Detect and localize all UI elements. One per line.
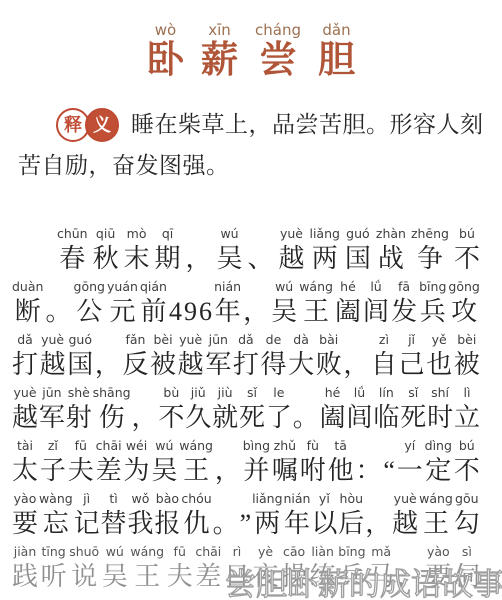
hanzi-char: 阖 bbox=[335, 295, 361, 328]
hanzi-char: ， bbox=[365, 507, 391, 540]
hanzi-char: ， bbox=[131, 401, 157, 434]
char-token: qī期 bbox=[155, 225, 181, 278]
pinyin-label: lǘ bbox=[354, 384, 365, 401]
hanzi-char: 胆 bbox=[318, 40, 355, 82]
pinyin-label: bù bbox=[163, 384, 179, 401]
hanzi-char: 打 bbox=[233, 348, 259, 381]
char-token: fū夫 bbox=[167, 543, 193, 596]
pinyin-label: yào bbox=[14, 490, 37, 507]
char-token: chóu仇 bbox=[181, 490, 211, 543]
pinyin-label: jǐ bbox=[408, 331, 415, 348]
hanzi-char: 不 bbox=[454, 242, 480, 275]
pinyin-label: wò bbox=[155, 20, 176, 40]
pinyin-label: jì bbox=[83, 490, 90, 507]
pinyin-label: zǐ bbox=[48, 437, 58, 454]
pinyin-label: yào bbox=[427, 543, 450, 560]
char-token: gōng攻 bbox=[448, 278, 479, 331]
hanzi-char: 反 bbox=[122, 348, 148, 381]
pinyin-label: liǎng bbox=[252, 490, 282, 507]
char-token: lǘ闾 bbox=[363, 278, 389, 331]
char-token: nián年 bbox=[283, 490, 310, 543]
hanzi-char: 吴 bbox=[151, 454, 177, 487]
char-token: bèi被 bbox=[150, 331, 176, 384]
hanzi-char: 得 bbox=[260, 348, 286, 381]
char-token: chūn春 bbox=[57, 225, 88, 278]
pinyin-label: wǒ bbox=[132, 490, 150, 507]
hanzi-char: 阖 bbox=[320, 401, 346, 434]
pinyin-label: bèi bbox=[154, 331, 173, 348]
char-token: jiàn践 bbox=[12, 543, 38, 596]
hanzi-char: 王 bbox=[134, 560, 160, 593]
paragraph-indent bbox=[12, 225, 52, 278]
char-token: gōng公 bbox=[74, 278, 105, 331]
hanzi-char: 兵 bbox=[420, 295, 446, 328]
hanzi-char: 两 bbox=[312, 242, 338, 275]
pinyin-label: liǎng bbox=[309, 225, 339, 242]
char-token: wáng王 bbox=[299, 278, 333, 331]
hanzi-char: 咐 bbox=[300, 454, 326, 487]
hanzi-char: 替 bbox=[101, 507, 127, 540]
pinyin-label: mò bbox=[127, 225, 147, 242]
pinyin-label: chāi bbox=[96, 437, 122, 454]
definition-text-line1: 睡在柴草上，品尝苦胆。形容人刻 bbox=[131, 106, 484, 144]
watermark: 尝胆卧薪的成语故事 bbox=[225, 568, 502, 600]
shiyi-badge: 释 义 bbox=[56, 108, 119, 142]
char-token: bīng兵 bbox=[419, 278, 446, 331]
hanzi-char: 吴 bbox=[271, 295, 297, 328]
char-token: fù咐 bbox=[300, 437, 326, 490]
char-token: qián前 bbox=[140, 278, 167, 331]
char-token: wú吴 bbox=[102, 543, 128, 596]
hanzi-char: 年 bbox=[284, 507, 310, 540]
hanzi-char: 、 bbox=[248, 242, 274, 275]
hanzi-char: 为 bbox=[124, 454, 150, 487]
pinyin-label: guó bbox=[68, 331, 92, 348]
hanzi-char: 死 bbox=[239, 401, 265, 434]
hanzi-char: 差 bbox=[195, 560, 221, 593]
char-token: wáng王 bbox=[179, 437, 213, 490]
hanzi-char: 我 bbox=[127, 507, 153, 540]
hanzi-char: 元 bbox=[109, 295, 135, 328]
char-token: ， bbox=[131, 384, 157, 437]
char-token: lǘ闾 bbox=[346, 384, 372, 437]
hanzi-char: 打 bbox=[12, 348, 38, 381]
idiom-title: wò卧xīn薪cháng尝dǎn胆 bbox=[0, 0, 502, 82]
pinyin-label: yuè bbox=[394, 490, 417, 507]
pinyin-label: cāo bbox=[283, 543, 305, 560]
pinyin-label: lín bbox=[379, 384, 394, 401]
char-token: yuè越 bbox=[12, 384, 38, 437]
hanzi-char: ， bbox=[186, 242, 212, 275]
char-token: bài败 bbox=[316, 331, 342, 384]
char-token: dìng定 bbox=[425, 437, 452, 490]
char-token: wàng忘 bbox=[39, 490, 73, 543]
char-token: 9 bbox=[184, 278, 197, 331]
hanzi-char: 年 bbox=[215, 295, 241, 328]
char-token: hé阖 bbox=[335, 278, 361, 331]
char-token: hòu后 bbox=[338, 490, 364, 543]
pinyin-label: tīng bbox=[41, 543, 65, 560]
char-token: gōu勾 bbox=[454, 490, 480, 543]
shiyi-badge-right-circle: 义 bbox=[85, 108, 119, 142]
hanzi-char: 要 bbox=[12, 507, 38, 540]
char-token: 、 bbox=[248, 225, 274, 278]
hanzi-char: 说 bbox=[71, 560, 97, 593]
hanzi-char: 两 bbox=[254, 507, 280, 540]
hanzi-char: 9 bbox=[184, 295, 197, 328]
hanzi-char: 差 bbox=[96, 454, 122, 487]
body-line: yuè越jūn军shè射shāng伤，bù不jiǔ久jiù就sǐ死le了。hé阖… bbox=[12, 384, 480, 437]
hanzi-char: 尝 bbox=[259, 40, 296, 82]
char-token: duàn断 bbox=[12, 278, 43, 331]
char-token: mò末 bbox=[124, 225, 150, 278]
char-token: zhǔ嘱 bbox=[272, 437, 298, 490]
char-token: shuō说 bbox=[69, 543, 99, 596]
hanzi-char: ， bbox=[215, 454, 241, 487]
hanzi-char: 期 bbox=[155, 242, 181, 275]
char-token: zhàn战 bbox=[376, 225, 406, 278]
hanzi-char: 军 bbox=[205, 348, 231, 381]
pinyin-label: dà bbox=[293, 331, 309, 348]
char-token: wú吴 bbox=[217, 225, 243, 278]
pinyin-label: wáng bbox=[179, 437, 213, 454]
char-token: ， bbox=[186, 225, 212, 278]
pinyin-label: chūn bbox=[57, 225, 88, 242]
pinyin-label: cháng bbox=[255, 20, 301, 40]
hanzi-char: 不 bbox=[158, 401, 184, 434]
char-token: “ bbox=[383, 437, 395, 490]
pinyin-label: gōng bbox=[74, 278, 105, 295]
hanzi-char: ， bbox=[243, 295, 269, 328]
pinyin-label: bú bbox=[459, 437, 475, 454]
pinyin-label: yuè bbox=[280, 225, 303, 242]
char-token: nián年 bbox=[214, 278, 241, 331]
hanzi-char: 军 bbox=[39, 401, 65, 434]
char-token: ， bbox=[243, 278, 269, 331]
char-token: ： bbox=[355, 437, 381, 490]
hanzi-char: 。 bbox=[213, 507, 239, 540]
hanzi-char: 卧 bbox=[147, 40, 184, 82]
hanzi-char: 临 bbox=[373, 401, 399, 434]
hanzi-char: 夫 bbox=[68, 454, 94, 487]
char-token: yě也 bbox=[426, 331, 452, 384]
hanzi-char: 践 bbox=[12, 560, 38, 593]
char-token: ， bbox=[95, 331, 121, 384]
hanzi-char: 越 bbox=[392, 507, 418, 540]
pinyin-label: hé bbox=[340, 278, 356, 295]
char-token: jǐ己 bbox=[399, 331, 425, 384]
pinyin-label: dǎ bbox=[238, 331, 254, 348]
pinyin-label: yě bbox=[432, 331, 447, 348]
char-token: jiù就 bbox=[212, 384, 238, 437]
pinyin-label: jūn bbox=[42, 384, 61, 401]
char-token: zì自 bbox=[371, 331, 397, 384]
char-token: fū夫 bbox=[68, 437, 94, 490]
hanzi-char: 不 bbox=[454, 454, 480, 487]
char-token: guó国 bbox=[345, 225, 371, 278]
body-line: dǎ打yuè越guó国，fǎn反bèi被yuè越jūn军dǎ打de得dà大bài… bbox=[12, 331, 480, 384]
pinyin-label: chāi bbox=[195, 543, 221, 560]
char-token: bìng并 bbox=[243, 437, 270, 490]
hanzi-char: 吴 bbox=[217, 242, 243, 275]
hanzi-char: 被 bbox=[150, 348, 176, 381]
hanzi-char: 王 bbox=[423, 507, 449, 540]
pinyin-label: zì bbox=[379, 331, 389, 348]
char-token: liǎng两 bbox=[309, 225, 339, 278]
char-token: hé阖 bbox=[320, 384, 346, 437]
pinyin-label: zhēng bbox=[411, 225, 449, 242]
pinyin-label: bài bbox=[319, 331, 338, 348]
hanzi-char: 越 bbox=[178, 348, 204, 381]
pinyin-label: tài bbox=[17, 437, 33, 454]
hanzi-char: 6 bbox=[199, 295, 212, 328]
char-token: qiū秋 bbox=[93, 225, 119, 278]
char-token: ， bbox=[343, 331, 369, 384]
pinyin-label: gōng bbox=[448, 278, 479, 295]
char-token: ” bbox=[240, 490, 252, 543]
hanzi-char: 王 bbox=[303, 295, 329, 328]
pinyin-label: sǐ bbox=[408, 384, 418, 401]
pinyin-label: wáng bbox=[419, 490, 453, 507]
hanzi-char: 太 bbox=[12, 454, 38, 487]
hanzi-char: ： bbox=[355, 454, 381, 487]
char-token: bú不 bbox=[454, 225, 480, 278]
pinyin-label: yuán bbox=[107, 278, 138, 295]
char-token: 。 bbox=[45, 278, 71, 331]
char-token: wǒ我 bbox=[127, 490, 153, 543]
pinyin-label: jiù bbox=[218, 384, 233, 401]
char-token: yǐ以 bbox=[311, 490, 337, 543]
char-token: tài太 bbox=[12, 437, 38, 490]
pinyin-label: guó bbox=[346, 225, 370, 242]
pinyin-label: mǎ bbox=[371, 543, 391, 560]
char-token: fā发 bbox=[391, 278, 417, 331]
char-token: de得 bbox=[260, 331, 286, 384]
char-token: bú不 bbox=[454, 437, 480, 490]
hanzi-char: 他 bbox=[328, 454, 354, 487]
hanzi-char: 勾 bbox=[454, 507, 480, 540]
hanzi-char: 并 bbox=[243, 454, 269, 487]
char-token: dǎn胆 bbox=[318, 20, 355, 82]
hanzi-char: 忘 bbox=[43, 507, 69, 540]
hanzi-char: 立 bbox=[454, 401, 480, 434]
story-body: chūn春qiū秋mò末qī期，wú吴、yuè越liǎng两guó国zhàn战z… bbox=[0, 225, 502, 596]
char-token: yuè越 bbox=[178, 331, 204, 384]
char-token: cháng尝 bbox=[255, 20, 301, 82]
pinyin-label: yuè bbox=[179, 331, 202, 348]
pinyin-label: lì bbox=[463, 384, 470, 401]
char-token: shāng伤 bbox=[93, 384, 131, 437]
hanzi-char: 争 bbox=[417, 242, 443, 275]
char-token: shí时 bbox=[427, 384, 453, 437]
pinyin-label: bèi bbox=[457, 331, 476, 348]
pinyin-label: yuè bbox=[14, 384, 37, 401]
char-token: fǎn反 bbox=[122, 331, 148, 384]
pinyin-label: bīng bbox=[419, 278, 446, 295]
char-token: zǐ子 bbox=[40, 437, 66, 490]
pinyin-label: fū bbox=[75, 437, 87, 454]
pinyin-label: dìng bbox=[425, 437, 452, 454]
pinyin-label: shāng bbox=[93, 384, 131, 401]
char-token: jiǔ久 bbox=[185, 384, 211, 437]
hanzi-char: 嘱 bbox=[272, 454, 298, 487]
hanzi-char: 断 bbox=[15, 295, 41, 328]
pinyin-label: rì bbox=[233, 543, 242, 560]
storybook-page: wò卧xīn薪cháng尝dǎn胆 释 义 睡在柴草上，品尝苦胆。形容人刻 苦自… bbox=[0, 0, 502, 600]
hanzi-char: 前 bbox=[140, 295, 166, 328]
hanzi-char: “ bbox=[383, 454, 395, 487]
hanzi-char: 败 bbox=[316, 348, 342, 381]
pinyin-label: de bbox=[266, 331, 282, 348]
hanzi-char: ， bbox=[95, 348, 121, 381]
char-token: wáng王 bbox=[130, 543, 164, 596]
hanzi-char: 仇 bbox=[184, 507, 210, 540]
char-token: ， bbox=[365, 490, 391, 543]
pinyin-label: tā bbox=[334, 437, 347, 454]
hanzi-char: 4 bbox=[169, 295, 182, 328]
hanzi-char: 公 bbox=[76, 295, 102, 328]
definition-text-line2: 苦自励，奋发图强。 bbox=[18, 147, 480, 185]
pinyin-label: gōu bbox=[455, 490, 479, 507]
pinyin-label: wéi bbox=[126, 437, 147, 454]
pinyin-label: tì bbox=[109, 490, 117, 507]
char-token: lín临 bbox=[373, 384, 399, 437]
char-token: yí一 bbox=[397, 437, 423, 490]
pinyin-label: chóu bbox=[181, 490, 211, 507]
hanzi-char: 被 bbox=[454, 348, 480, 381]
hanzi-char: 时 bbox=[427, 401, 453, 434]
hanzi-char: 死 bbox=[400, 401, 426, 434]
hanzi-char: 战 bbox=[378, 242, 404, 275]
pinyin-label: yè bbox=[258, 543, 273, 560]
char-token: chāi差 bbox=[96, 437, 122, 490]
char-token: ， bbox=[215, 437, 241, 490]
char-token: tì替 bbox=[101, 490, 127, 543]
char-token: chāi差 bbox=[195, 543, 221, 596]
char-token: dǎ打 bbox=[12, 331, 38, 384]
hanzi-char: 发 bbox=[391, 295, 417, 328]
definition-line-1: 释 义 睡在柴草上，品尝苦胆。形容人刻 bbox=[18, 106, 480, 144]
hanzi-char: 以 bbox=[311, 507, 337, 540]
hanzi-char: 了 bbox=[266, 401, 292, 434]
pinyin-label: wú bbox=[220, 225, 238, 242]
hanzi-char: 己 bbox=[399, 348, 425, 381]
hanzi-char: 一 bbox=[397, 454, 423, 487]
hanzi-char: 也 bbox=[426, 348, 452, 381]
hanzi-char: 越 bbox=[12, 401, 38, 434]
hanzi-char: 记 bbox=[74, 507, 100, 540]
hanzi-char: 闾 bbox=[363, 295, 389, 328]
hanzi-char: 王 bbox=[183, 454, 209, 487]
hanzi-char: 攻 bbox=[451, 295, 477, 328]
char-token: tā他 bbox=[328, 437, 354, 490]
pinyin-label: bīng bbox=[338, 543, 365, 560]
pinyin-label: fǎn bbox=[125, 331, 145, 348]
hanzi-char: 久 bbox=[185, 401, 211, 434]
char-token: zhēng争 bbox=[411, 225, 449, 278]
char-token: yuè越 bbox=[392, 490, 418, 543]
hanzi-char: 越 bbox=[40, 348, 66, 381]
pinyin-label: zhǔ bbox=[274, 437, 296, 454]
char-token: wú吴 bbox=[151, 437, 177, 490]
hanzi-char: 就 bbox=[212, 401, 238, 434]
hanzi-char: ” bbox=[240, 507, 252, 540]
char-token: yuán元 bbox=[107, 278, 138, 331]
pinyin-label: fù bbox=[307, 437, 319, 454]
hanzi-char: 自 bbox=[371, 348, 397, 381]
hanzi-char: 子 bbox=[40, 454, 66, 487]
char-token: dà大 bbox=[288, 331, 314, 384]
char-token: wú吴 bbox=[271, 278, 297, 331]
pinyin-label: shè bbox=[68, 384, 90, 401]
char-token: jūn军 bbox=[39, 384, 65, 437]
char-token: tīng听 bbox=[41, 543, 67, 596]
body-line: yào要wàng忘jì记tì替wǒ我bào报chóu仇。”liǎng两nián年… bbox=[12, 490, 480, 543]
char-token: 。 bbox=[213, 490, 239, 543]
hanzi-char: 秋 bbox=[93, 242, 119, 275]
hanzi-char: 国 bbox=[67, 348, 93, 381]
pinyin-label: wáng bbox=[130, 543, 164, 560]
pinyin-label: hòu bbox=[340, 490, 364, 507]
pinyin-label: wú bbox=[155, 437, 173, 454]
pinyin-label: shuō bbox=[69, 543, 99, 560]
pinyin-label: fā bbox=[398, 278, 410, 295]
pinyin-label: qī bbox=[162, 225, 173, 242]
char-token: guó国 bbox=[67, 331, 93, 384]
pinyin-label: nián bbox=[283, 490, 310, 507]
char-token: wéi为 bbox=[124, 437, 150, 490]
pinyin-label: dǎ bbox=[17, 331, 33, 348]
char-token: sǐ死 bbox=[400, 384, 426, 437]
char-token: dǎ打 bbox=[233, 331, 259, 384]
hanzi-char: 春 bbox=[59, 242, 85, 275]
pinyin-label: bào bbox=[156, 490, 179, 507]
pinyin-label: jiàn bbox=[14, 543, 37, 560]
pinyin-label: nián bbox=[214, 278, 241, 295]
pinyin-label: shí bbox=[431, 384, 449, 401]
pinyin-label: liàn bbox=[311, 543, 334, 560]
char-token: jì记 bbox=[74, 490, 100, 543]
char-token: 6 bbox=[199, 278, 212, 331]
body-line: tài太zǐ子fū夫chāi差wéi为wú吴wáng王，bìng并zhǔ嘱fù咐… bbox=[12, 437, 480, 490]
char-token: liǎng两 bbox=[252, 490, 282, 543]
char-token: le了 bbox=[266, 384, 292, 437]
pinyin-label: jiǔ bbox=[191, 384, 206, 401]
pinyin-label: sì bbox=[462, 543, 472, 560]
pinyin-label: zhàn bbox=[376, 225, 406, 242]
char-token: 4 bbox=[169, 278, 182, 331]
hanzi-char: 射 bbox=[66, 401, 92, 434]
pinyin-label: bú bbox=[459, 225, 475, 242]
definition-section: 释 义 睡在柴草上，品尝苦胆。形容人刻 苦自励，奋发图强。 bbox=[18, 106, 480, 185]
char-token: sǐ死 bbox=[239, 384, 265, 437]
hanzi-char: 。 bbox=[45, 295, 71, 328]
char-token: bèi被 bbox=[454, 331, 480, 384]
pinyin-label: qián bbox=[140, 278, 167, 295]
pinyin-label: yǐ bbox=[319, 490, 330, 507]
hanzi-char: 定 bbox=[425, 454, 451, 487]
pinyin-label: xīn bbox=[208, 20, 231, 40]
char-token: xīn薪 bbox=[201, 20, 238, 82]
pinyin-label: wú bbox=[275, 278, 293, 295]
body-line: duàn断。gōng公yuán元qián前496nián年，wú吴wáng王hé… bbox=[12, 278, 480, 331]
hanzi-char: 。 bbox=[293, 401, 319, 434]
pinyin-label: wú bbox=[106, 543, 124, 560]
hanzi-char: 后 bbox=[338, 507, 364, 540]
hanzi-char: 伤 bbox=[99, 401, 125, 434]
hanzi-char: 越 bbox=[278, 242, 304, 275]
pinyin-label: yí bbox=[404, 437, 415, 454]
